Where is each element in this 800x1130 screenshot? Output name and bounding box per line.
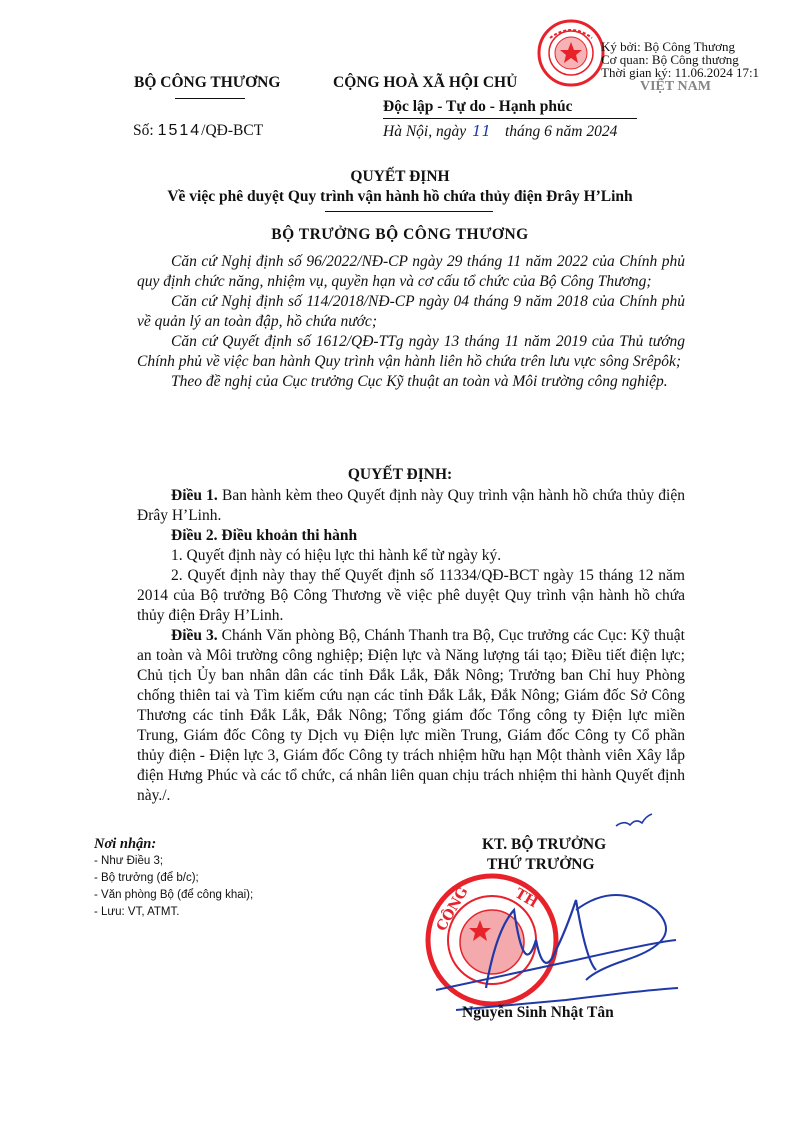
recipient-item: - Bộ trưởng (để b/c);: [94, 870, 253, 887]
signer-name: Nguyễn Sinh Nhật Tân: [462, 1004, 614, 1022]
motto-underline: [383, 118, 637, 119]
place-suffix: tháng 6 năm 2024: [505, 123, 617, 140]
article-3-label: Điều 3.: [171, 627, 218, 644]
doc-number-suffix: /QĐ-BCT: [201, 122, 263, 139]
basis-paragraph: Căn cứ Nghị định số 96/2022/NĐ-CP ngày 2…: [137, 252, 685, 292]
article-2-item: 1. Quyết định này có hiệu lực thi hành k…: [137, 546, 685, 566]
initial-mark-icon: [614, 812, 654, 832]
article-2-label: Điều 2. Điều khoản thi hành: [137, 526, 685, 546]
issuing-authority: BỘ TRƯỞNG BỘ CÔNG THƯƠNG: [0, 226, 800, 244]
ministry-underline: [175, 98, 245, 99]
article-1: Điều 1. Ban hành kèm theo Quyết định này…: [137, 486, 685, 526]
digital-signature-info: Ký bởi: Bộ Công Thương Cơ quan: Bộ Công …: [601, 40, 759, 79]
recipients-heading: Nơi nhận:: [94, 836, 253, 853]
article-1-text: Ban hành kèm theo Quyết định này Quy trì…: [137, 487, 685, 524]
document-subject: Về việc phê duyệt Quy trình vận hành hồ …: [0, 188, 800, 206]
recipient-item: - Văn phòng Bộ (để công khai);: [94, 887, 253, 904]
articles: Điều 1. Ban hành kèm theo Quyết định này…: [137, 486, 685, 806]
article-3-text: Chánh Văn phòng Bộ, Chánh Thanh tra Bộ, …: [137, 627, 685, 804]
document-type-heading: QUYẾT ĐỊNH: [0, 168, 800, 186]
basis-paragraph: Căn cứ Quyết định số 1612/QĐ-TTg ngày 13…: [137, 332, 685, 372]
place-prefix: Hà Nội, ngày: [383, 123, 466, 140]
legal-basis: Căn cứ Nghị định số 96/2022/NĐ-CP ngày 2…: [137, 252, 685, 392]
national-title: CỘNG HOÀ XÃ HỘI CHỦ: [333, 74, 517, 92]
signing-time: Thời gian ký: 11.06.2024 17:1: [601, 66, 759, 79]
basis-paragraph: Căn cứ Nghị định số 114/2018/NĐ-CP ngày …: [137, 292, 685, 332]
article-3: Điều 3. Chánh Văn phòng Bộ, Chánh Thanh …: [137, 626, 685, 806]
handwritten-signature-icon: [426, 870, 686, 1020]
national-motto: Độc lập - Tự do - Hạnh phúc: [383, 98, 572, 116]
decision-document-page: BỘ CÔNG THƯƠNG Số: 1514/QĐ-BCT CỘNG HOÀ …: [0, 0, 800, 1130]
basis-paragraph: Theo đề nghị của Cục trưởng Cục Kỹ thuật…: [137, 372, 685, 392]
subject-underline: [325, 211, 493, 212]
handwritten-day: 11: [472, 122, 491, 140]
decision-heading: QUYẾT ĐỊNH:: [0, 466, 800, 484]
doc-number-value: 1514: [158, 122, 202, 139]
issuing-ministry: BỘ CÔNG THƯƠNG: [134, 74, 280, 92]
document-number: Số: 1514/QĐ-BCT: [133, 122, 263, 140]
article-1-label: Điều 1.: [171, 487, 218, 504]
place-and-date: Hà Nội, ngày 11 tháng 6 năm 2024: [383, 122, 617, 141]
signer-on-behalf: KT. BỘ TRƯỞNG: [482, 836, 606, 854]
doc-number-prefix: Số:: [133, 122, 154, 139]
recipient-item: - Lưu: VT, ATMT.: [94, 904, 253, 921]
recipients-list: Nơi nhận: - Như Điều 3; - Bộ trưởng (để …: [94, 836, 253, 921]
digital-seal-icon: [536, 18, 606, 88]
national-title-tail: VIỆT NAM: [640, 79, 711, 95]
recipient-item: - Như Điều 3;: [94, 853, 253, 870]
article-2-item: 2. Quyết định này thay thế Quyết định số…: [137, 566, 685, 626]
